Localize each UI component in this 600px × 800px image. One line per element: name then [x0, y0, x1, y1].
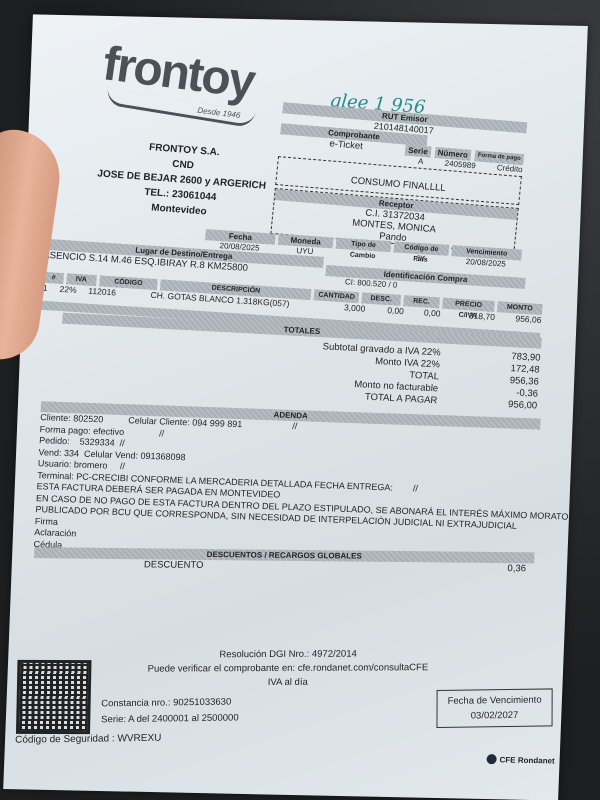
adenda-lines: Cliente: 802520 Celular Cliente: 094 999…	[33, 412, 540, 567]
expiry-stamp: Fecha de Vencimiento 03/02/2027	[436, 688, 552, 728]
table-cell: 0,00	[368, 304, 404, 316]
series-range: Serie: A del 2400001 al 2500000	[101, 710, 238, 728]
table-cell: 3,000	[321, 301, 365, 314]
payment-value: Crédito	[496, 163, 523, 174]
constancia: Constancia nro.: 90251033630	[101, 694, 238, 712]
number-value: 2405989	[444, 159, 476, 171]
discount-value: 0,36	[507, 563, 526, 574]
rondanet-globe-icon	[486, 754, 496, 764]
discounts-section: DESCUENTOS / RECARGOS GLOBALES DESCUENTO…	[34, 547, 535, 574]
iva-status: IVA al día	[128, 675, 448, 691]
provider-logo: CFE Rondanet	[486, 754, 554, 765]
security-code: Código de Seguridad : WVREXU	[15, 733, 161, 746]
qr-code-icon	[16, 660, 92, 734]
table-cell: 956,06	[497, 312, 541, 325]
invoice-paper: frontoy Desde 1946 FRONTOY S.A. CND JOSE…	[3, 14, 588, 800]
footer-constancia: Constancia nro.: 90251033630 Serie: A de…	[101, 694, 239, 728]
series-value: A	[418, 157, 424, 166]
expiry-label: Fecha de Vencimiento	[448, 693, 542, 709]
issuer-info: FRONTOY S.A. CND JOSE DE BEJAR 2600 y AR…	[94, 136, 270, 223]
table-cell: 0,00	[406, 306, 440, 318]
document-header: RUT Emisor 210148140017 Comprobante e-Ti…	[270, 84, 529, 254]
provider-name: CFE Rondanet	[499, 755, 554, 765]
expiry-value: 03/02/2027	[447, 708, 541, 724]
discount-label: DESCUENTO	[144, 559, 204, 571]
verify-text: Puede verificar el comprobante en: cfe.r…	[128, 661, 448, 677]
footer-legal: Resolución DGI Nro.: 4972/2014 Puede ver…	[128, 647, 449, 691]
table-cell: 22%	[59, 284, 86, 296]
table-cell: 318,70	[443, 309, 495, 322]
adenda-section: ADENDA Cliente: 802520 Celular Cliente: …	[33, 401, 540, 567]
exchange-label: Tipo de Cambio	[336, 238, 392, 253]
customer-type: CONSUMO FINALLLL	[350, 175, 446, 194]
